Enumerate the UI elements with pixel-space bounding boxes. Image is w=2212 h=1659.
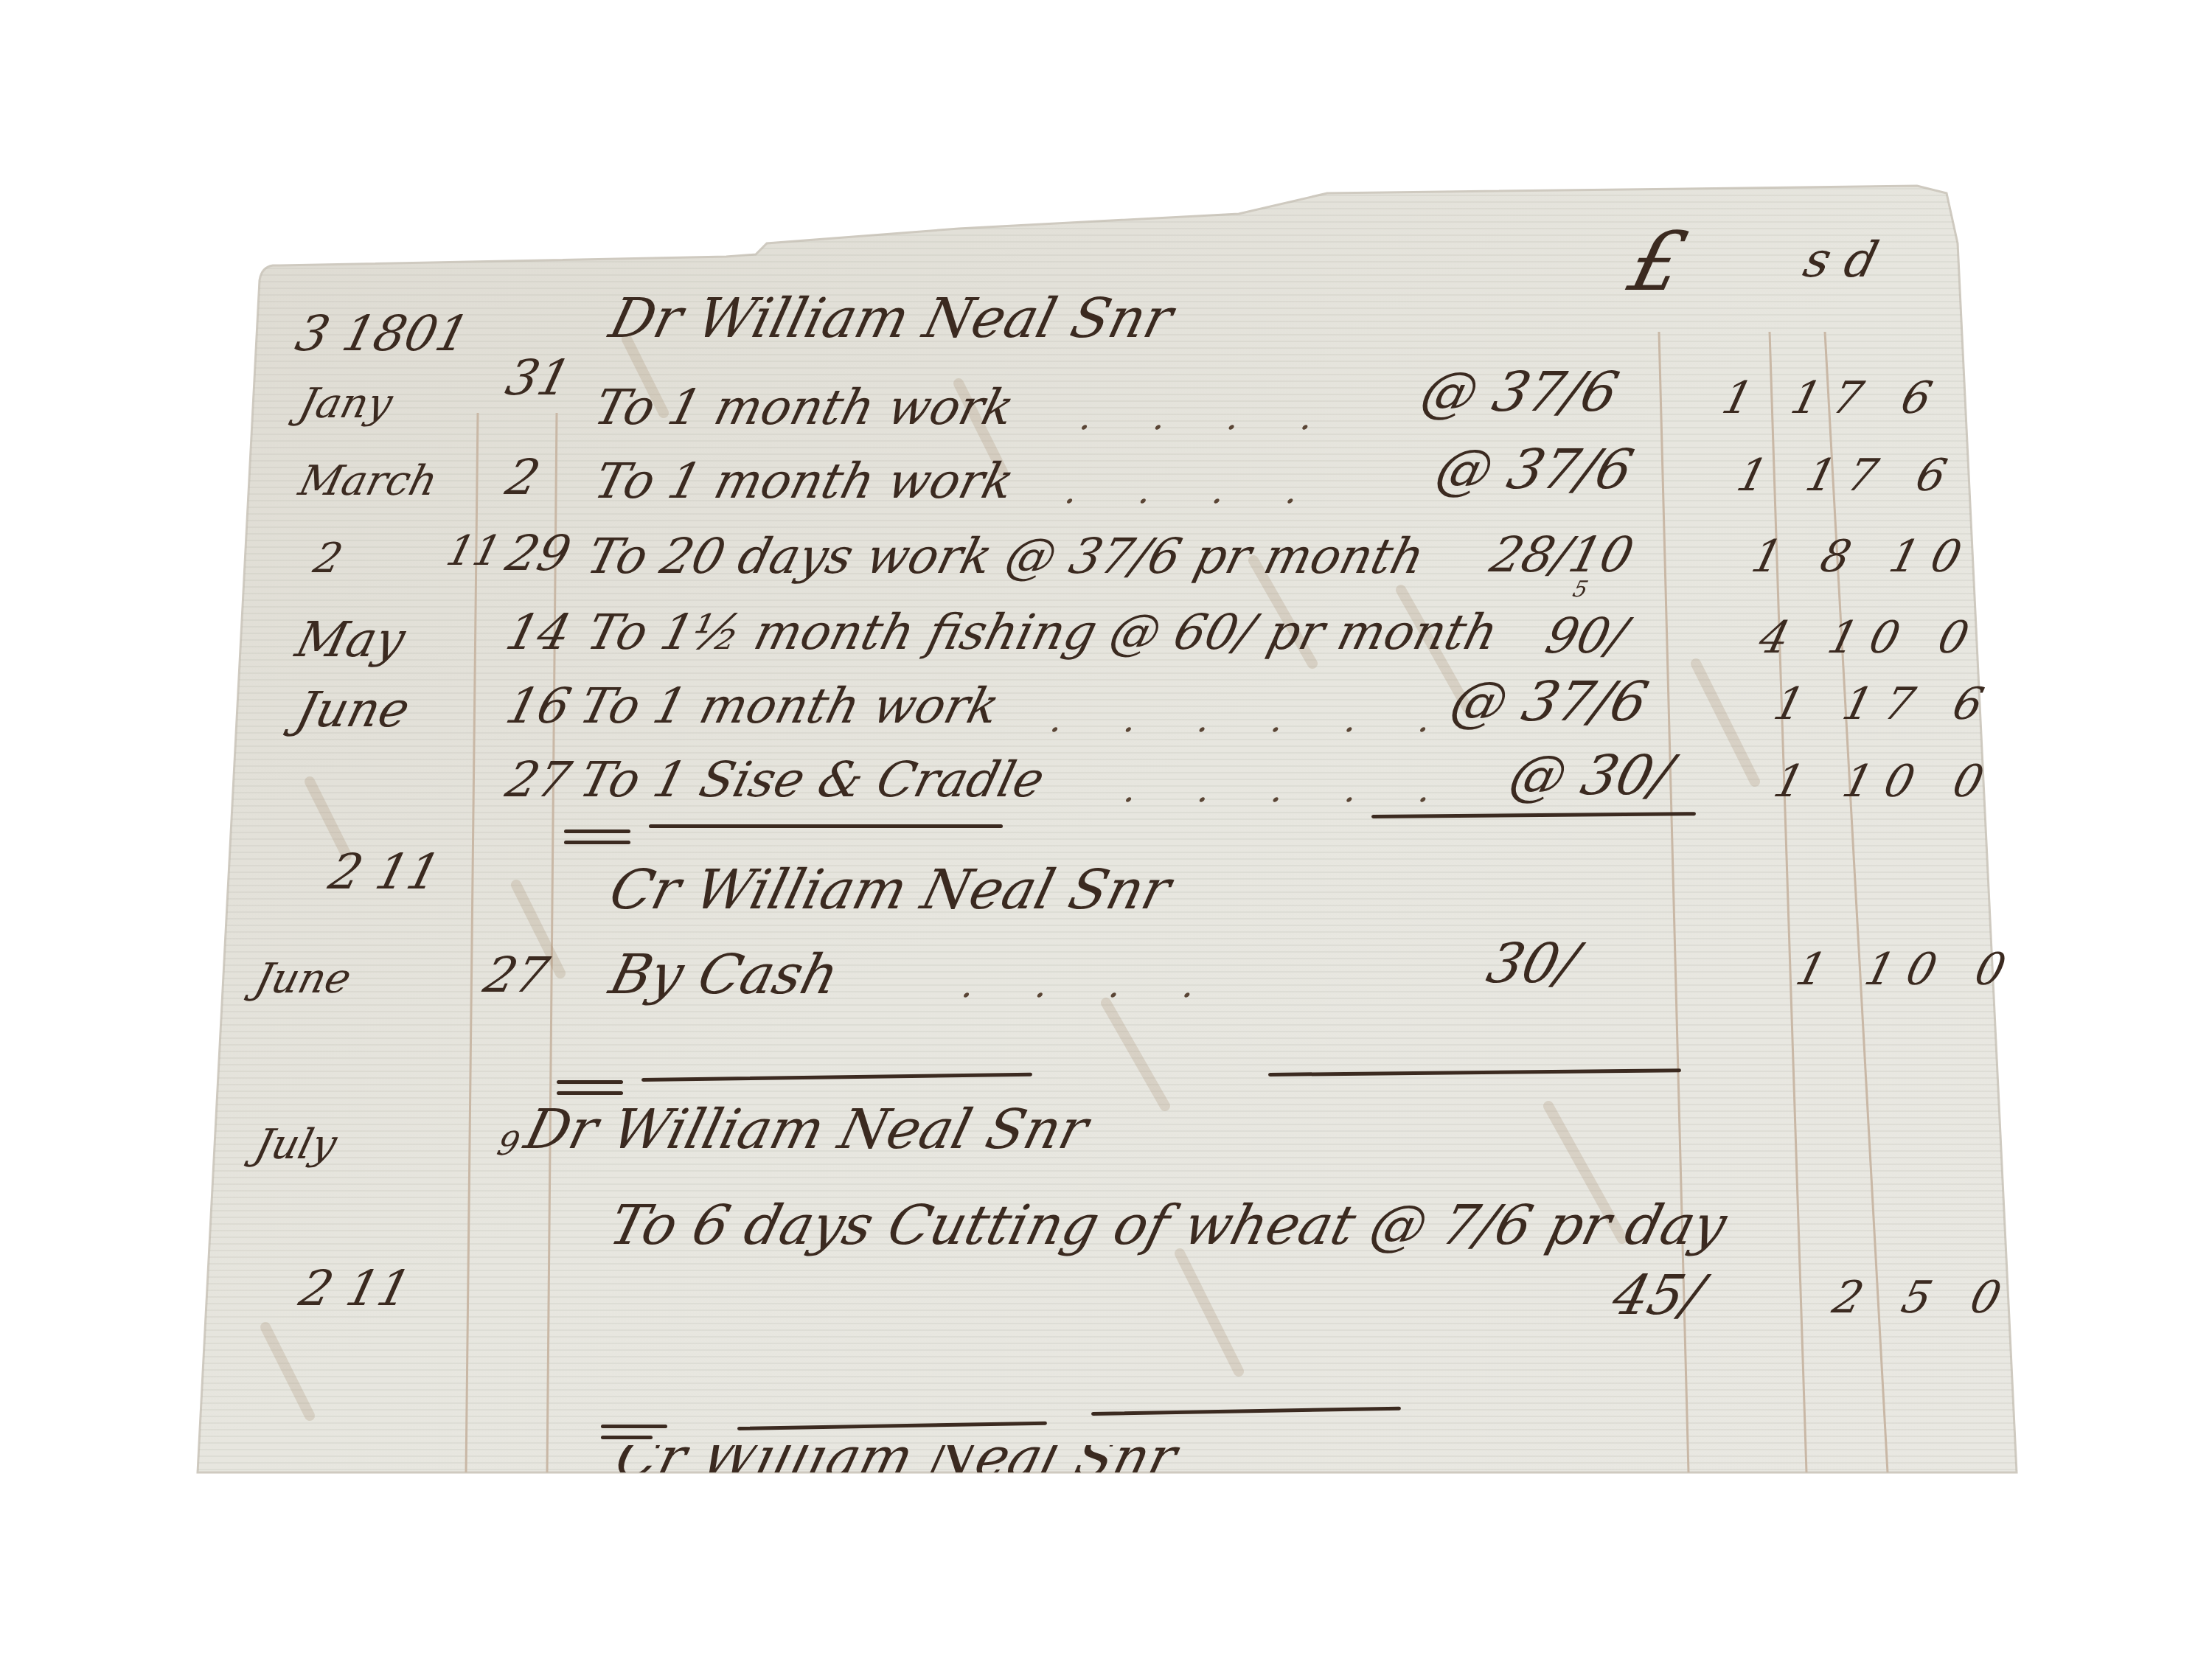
entry-description: To 6 days Cutting of wheat @ 7/6 pr day: [605, 1198, 1732, 1253]
entry-rate: @ 37/6: [1445, 675, 1653, 729]
leader-dots: . . . . .: [1121, 771, 1461, 807]
entry-amount: 1 17 6: [1733, 453, 1964, 498]
leader-dots: . . . . . .: [1047, 700, 1461, 737]
entry-month: June: [291, 686, 414, 734]
entry-day: 27: [479, 951, 553, 1000]
entry-month: May: [291, 616, 410, 664]
closing-rule: [557, 1091, 623, 1095]
leader-dots: . . . .: [1062, 472, 1329, 509]
clipped-heading-region: Cr William Neal Snr: [198, 1445, 2019, 1472]
entry-month: July: [251, 1124, 341, 1166]
entry-rate: 45/: [1607, 1268, 1709, 1323]
entry-rate: @ 37/6: [1430, 442, 1638, 497]
entry-rate: @ 30/: [1504, 748, 1677, 803]
entry-description: To 1½ month fishing @ 60/ pr month: [582, 608, 1503, 657]
entry-day: 31: [501, 354, 575, 403]
entry-month: March: [295, 461, 442, 502]
closing-rule: [601, 1425, 667, 1428]
entry-description: To 1 Sise & Cradle: [575, 756, 1049, 804]
entry-margin-mark: 11: [442, 531, 505, 572]
entry-day: 16: [501, 682, 575, 731]
entry-description: By Cash: [605, 947, 844, 1002]
entry-description: To 1 month work: [590, 457, 1019, 506]
closing-rule: [557, 1080, 623, 1084]
entry-amount: 1 10 0: [1792, 947, 2023, 992]
margin-mark: 2 11: [295, 1265, 415, 1313]
entry-rate: 90/: [1541, 612, 1632, 661]
closing-rule: [601, 1436, 653, 1439]
entry-rate: 30/: [1482, 936, 1584, 991]
entry-amount: 1 17 6: [1718, 376, 1950, 420]
entry-description: To 1 month work: [575, 682, 1004, 731]
entry-description: To 20 days work @ 37/6 pr month: [582, 532, 1429, 581]
year-margin: 3 1801: [291, 310, 473, 358]
leader-dots: . . . .: [959, 966, 1225, 1003]
entry-amount: 1 17 6: [1770, 682, 2001, 726]
closing-rule: [564, 829, 630, 833]
closing-rule: [564, 841, 630, 844]
entry-amount: 2 5 0: [1829, 1276, 2019, 1320]
section-heading-credit: Cr William Neal Snr: [605, 863, 1176, 917]
ledger-page: £ s d 3 1801 Dr William Neal Snr Jany 31…: [0, 0, 2212, 1659]
margin-mark: 2 11: [324, 848, 445, 897]
entry-month: June: [251, 959, 355, 1000]
entry-amount: 1 10 0: [1770, 759, 2001, 804]
leader-dots: . . . .: [1077, 398, 1343, 435]
entry-rate: 28/10: [1486, 531, 1638, 580]
shillings-pence-header: s d: [1799, 236, 1883, 285]
section-heading-debit: Dr William Neal Snr: [520, 1102, 1093, 1157]
paper-sheet: [0, 0, 2212, 1659]
closing-rule: [649, 824, 1003, 828]
entry-month: Jany: [295, 383, 397, 425]
entry-day: 14: [501, 608, 575, 657]
entry-amount: 1 8 10: [1747, 535, 1979, 579]
entry-description: To 1 month work: [590, 383, 1019, 432]
section-heading-debit: Dr William Neal Snr: [605, 291, 1178, 346]
entry-amount: 4 10 0: [1755, 616, 1986, 660]
entry-day: 27: [501, 756, 575, 804]
entry-day: 29: [501, 529, 575, 578]
entry-rate: @ 37/6: [1416, 365, 1624, 420]
section-heading-credit-partial: Cr William Neal Snr: [611, 1445, 1182, 1472]
